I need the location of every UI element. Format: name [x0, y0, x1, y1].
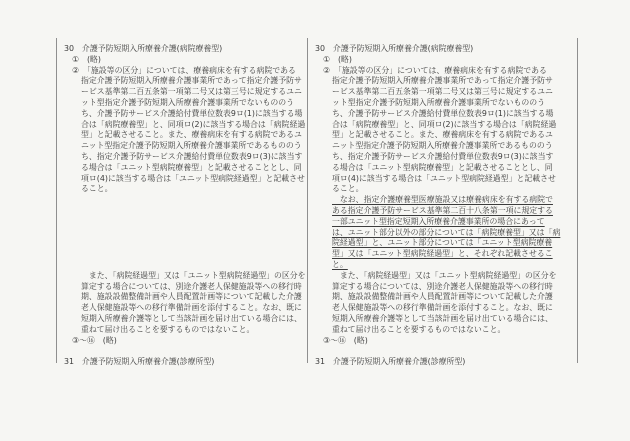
text-line: ③～⑯ (略) — [64, 336, 307, 347]
text-line: 31 介護予防短期入所療養介護(診療所型) — [315, 357, 577, 368]
text-line: 短期入所療養介護等として当該計画を届け出ている場合には、 — [64, 314, 307, 325]
text-line: ② 「施設等の区分」については、療養病床を有する病院である — [315, 66, 577, 77]
text-line: 項ロ(4)に該当する場合は「ユニット型病院経過型」と記載させ — [64, 174, 307, 185]
text-line: また、「病院経過型」又は「ユニット型病院経過型」の区分を — [315, 271, 577, 282]
text-line: ること。 — [64, 184, 307, 195]
text-line: 算定する場合については、別途介護老人保健施設等への移行時 — [315, 282, 577, 293]
text-line — [64, 228, 307, 239]
amended-text-line: 型」又は「ユニット型病院経過型」と、それぞれ記載させるこ — [315, 249, 577, 260]
text-line: ット型指定介護予防短期入所療養介護事業所でないもののう — [315, 98, 577, 109]
text-line: ービス基準第二百五条第一項第二号又は第三号に規定するユニ — [64, 87, 307, 98]
text-line — [315, 346, 577, 357]
text-line: 老人保健施設等への移行準備計画を添付すること。なお、既に — [315, 303, 577, 314]
text-line: ち、介護予防サービス介護給付費単位数表9ロ(1)に該当する場 — [315, 109, 577, 120]
text-line: また、「病院経過型」又は「ユニット型病院経過型」の区分を — [64, 271, 307, 282]
text-line: ち、指定介護予防サービス介護給付費単位数表9ロ(3)に該当す — [315, 152, 577, 163]
text-line: ニット型指定介護予防短期入所療養介護事業所であるもののう — [315, 141, 577, 152]
document-page: 30 介護予防短期入所療養介護(病院療養型)① (略)② 「施設等の区分」につい… — [0, 0, 630, 441]
amended-text-line: と。 — [315, 260, 577, 271]
text-line — [64, 260, 307, 271]
text-line: ット型指定介護予防短期入所療養介護事業所でないもののう — [64, 98, 307, 109]
column-divider — [307, 38, 308, 363]
text-line — [64, 346, 307, 357]
text-line: る場合は「ユニット型病院療養型」と記載させることとし、同 — [64, 163, 307, 174]
text-line: ③～⑯ (略) — [315, 336, 577, 347]
text-line: ② 「施設等の区分」については、療養病床を有する病院である — [64, 66, 307, 77]
text-line: 短期入所療養介護等として当該計画を届け出ている場合には、 — [315, 314, 577, 325]
text-line: 重ねて届け出ることを要するものではないこと。 — [315, 325, 577, 336]
text-line: ち、介護予防サービス介護給付費単位数表9ロ(1)に該当する場 — [64, 109, 307, 120]
text-line: ① (略) — [315, 55, 577, 66]
text-line: 老人保健施設等への移行準備計画を添付すること。なお、既に — [64, 303, 307, 314]
text-line: 型」と記載させること。また、療養病床を有する病院であるユ — [64, 130, 307, 141]
text-line: ち、指定介護予防サービス介護給付費単位数表9ロ(3)に該当す — [64, 152, 307, 163]
text-line: 重ねて届け出ることを要するものではないこと。 — [64, 325, 307, 336]
text-column-left: 30 介護予防短期入所療養介護(病院療養型)① (略)② 「施設等の区分」につい… — [64, 44, 307, 368]
amended-text-line: 一部ユニット型指定短期入所療養介護事業所の場合にあって — [315, 217, 577, 228]
text-line: 型」と記載させること。また、療養病床を有する病院であるユ — [315, 130, 577, 141]
text-line: 合は「病院療養型」と、同項ロ(2)に該当する場合は「病院経過 — [315, 120, 577, 131]
text-line — [64, 206, 307, 217]
text-line: る場合は「ユニット型病院療養型」と記載させることとし、同 — [315, 163, 577, 174]
amended-text-line: ある指定介護予防サービス基準第二百十八条第一項に規定する — [315, 206, 577, 217]
text-line: 30 介護予防短期入所療養介護(病院療養型) — [64, 44, 307, 55]
text-line: ービス基準第二百五条第一項第二号又は第三号に規定するユニ — [315, 87, 577, 98]
text-line: 期、施設設備整備計画や人員配置計画等について記載した介護 — [64, 292, 307, 303]
amended-text-line: 院経過型」と、ユニット部分については「ユニット型病院療養 — [315, 238, 577, 249]
text-line: ① (略) — [64, 55, 307, 66]
amended-text-line: は、ユニット部分以外の部分については「病院療養型」又は「病 — [315, 228, 577, 239]
text-line — [64, 195, 307, 206]
text-line — [64, 217, 307, 228]
text-line — [64, 249, 307, 260]
table-border-right — [577, 38, 578, 363]
amended-text-line: なお、指定介護療養型医療施設又は療養病床を有する病院で — [315, 195, 577, 206]
text-line: 30 介護予防短期入所療養介護(病院療養型) — [315, 44, 577, 55]
text-line: 指定介護予防短期入所療養介護事業所であって指定介護予防サ — [315, 76, 577, 87]
text-line: ニット型指定介護予防短期入所療養介護事業所であるもののう — [64, 141, 307, 152]
text-line: 期、施設設備整備計画や人員配置計画等について記載した介護 — [315, 292, 577, 303]
text-line: ること。 — [315, 184, 577, 195]
text-line: 指定介護予防短期入所療養介護事業所であって指定介護予防サ — [64, 76, 307, 87]
table-border-left — [56, 38, 57, 363]
text-column-right: 30 介護予防短期入所療養介護(病院療養型)① (略)② 「施設等の区分」につい… — [315, 44, 577, 368]
text-line — [64, 238, 307, 249]
text-line: 合は「病院療養型」と、同項ロ(2)に該当する場合は「病院経過 — [64, 120, 307, 131]
text-line: 項ロ(4)に該当する場合は「ユニット型病院経過型」と記載させ — [315, 174, 577, 185]
text-line: 算定する場合については、別途介護老人保健施設等への移行時 — [64, 282, 307, 293]
text-line: 31 介護予防短期入所療養介護(診療所型) — [64, 357, 307, 368]
